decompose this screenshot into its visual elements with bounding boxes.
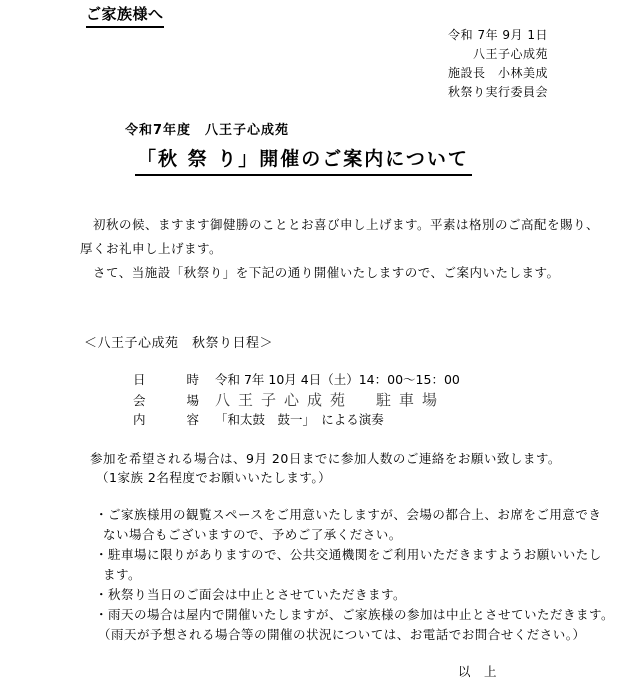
greeting-line: 厚くお礼申し上げます。: [80, 237, 599, 261]
remark-line: ・秋祭り当日のご面会は中止とさせていただきます。: [95, 585, 614, 605]
letter-page: ご家族様へ 令和 7年 9月 1日 八王子心成苑 施設長 小林美成 秋祭り実行委…: [0, 0, 631, 686]
schedule-label-right: 時: [186, 370, 199, 390]
schedule-row-datetime: 日 時 令和 7年 10月 4日（土）14：00～15：00: [133, 370, 460, 390]
greeting-line: 初秋の候、ますます御健勝のこととお喜び申し上げます。平素は格別のご高配を賜り、: [80, 213, 599, 237]
schedule-label-right: 容: [186, 410, 199, 430]
schedule-row-venue: 会 場 八王子心成苑 駐車場: [133, 390, 460, 410]
remark-line: （雨天が予想される場合等の開催の状況については、お電話でお問合せください。）: [95, 625, 614, 645]
sender-date: 令和 7年 9月 1日: [448, 26, 548, 45]
remark-line: ・雨天の場合は屋内で開催いたしますが、ご家族様の参加は中止とさせていただきます。: [95, 605, 614, 625]
participation-notice: 参加を希望される場合は、9月 20日までに参加人数のご連絡をお願い致します。 （…: [90, 449, 561, 487]
schedule-value-venue: 八王子心成苑 駐車場: [215, 390, 445, 410]
remark-line: ます。: [95, 565, 614, 585]
remark-line: ない場合もございますので、予めご了承ください。: [95, 525, 614, 545]
schedule-value-datetime: 令和 7年 10月 4日（土）14：00～15：00: [215, 370, 460, 390]
page-title: 「秋 祭 り」開催のご案内について: [135, 144, 472, 176]
schedule-label: 日 時: [133, 370, 199, 390]
remarks-list: ・ご家族様用の観覧スペースをご用意いたしますが、会場の都合上、お席をご用意でき …: [95, 505, 614, 645]
schedule-row-content: 内 容 「和太鼓 鼓一」 による演奏: [133, 410, 460, 430]
sender-facility: 八王子心成苑: [448, 45, 548, 64]
greeting-paragraph: 初秋の候、ますます御健勝のこととお喜び申し上げます。平素は格別のご高配を賜り、 …: [80, 213, 599, 285]
sender-block: 令和 7年 9月 1日 八王子心成苑 施設長 小林美成 秋祭り実行委員会: [448, 26, 548, 102]
remark-line: ・ご家族様用の観覧スペースをご用意いたしますが、会場の都合上、お席をご用意でき: [95, 505, 614, 525]
notice-line: 参加を希望される場合は、9月 20日までに参加人数のご連絡をお願い致します。: [90, 449, 561, 468]
schedule-table: 日 時 令和 7年 10月 4日（土）14：00～15：00 会 場 八王子心成…: [133, 370, 460, 430]
sender-director: 施設長 小林美成: [448, 64, 548, 83]
schedule-label: 会 場: [133, 391, 199, 411]
schedule-label: 内 容: [133, 410, 199, 430]
greeting-line: さて、当施設「秋祭り」を下記の通り開催いたしますので、ご案内いたします。: [80, 261, 599, 285]
notice-line: （1家族 2名程度でお願いいたします。）: [90, 468, 561, 487]
salutation: ご家族様へ: [86, 3, 164, 28]
schedule-value-content: 「和太鼓 鼓一」 による演奏: [215, 410, 384, 430]
schedule-label-left: 会: [133, 391, 146, 411]
closing-mark: 以 上: [458, 662, 497, 680]
heading-subtitle: 令和7年度 八王子心成苑: [125, 119, 289, 138]
schedule-label-left: 日: [133, 370, 146, 390]
schedule-label-right: 場: [186, 391, 199, 411]
schedule-label-left: 内: [133, 410, 146, 430]
sender-committee: 秋祭り実行委員会: [448, 83, 548, 102]
schedule-section-label: ＜八王子心成苑 秋祭り日程＞: [84, 332, 273, 351]
remark-line: ・駐車場に限りがありますので、公共交通機関をご利用いただきますようお願いいたし: [95, 545, 614, 565]
